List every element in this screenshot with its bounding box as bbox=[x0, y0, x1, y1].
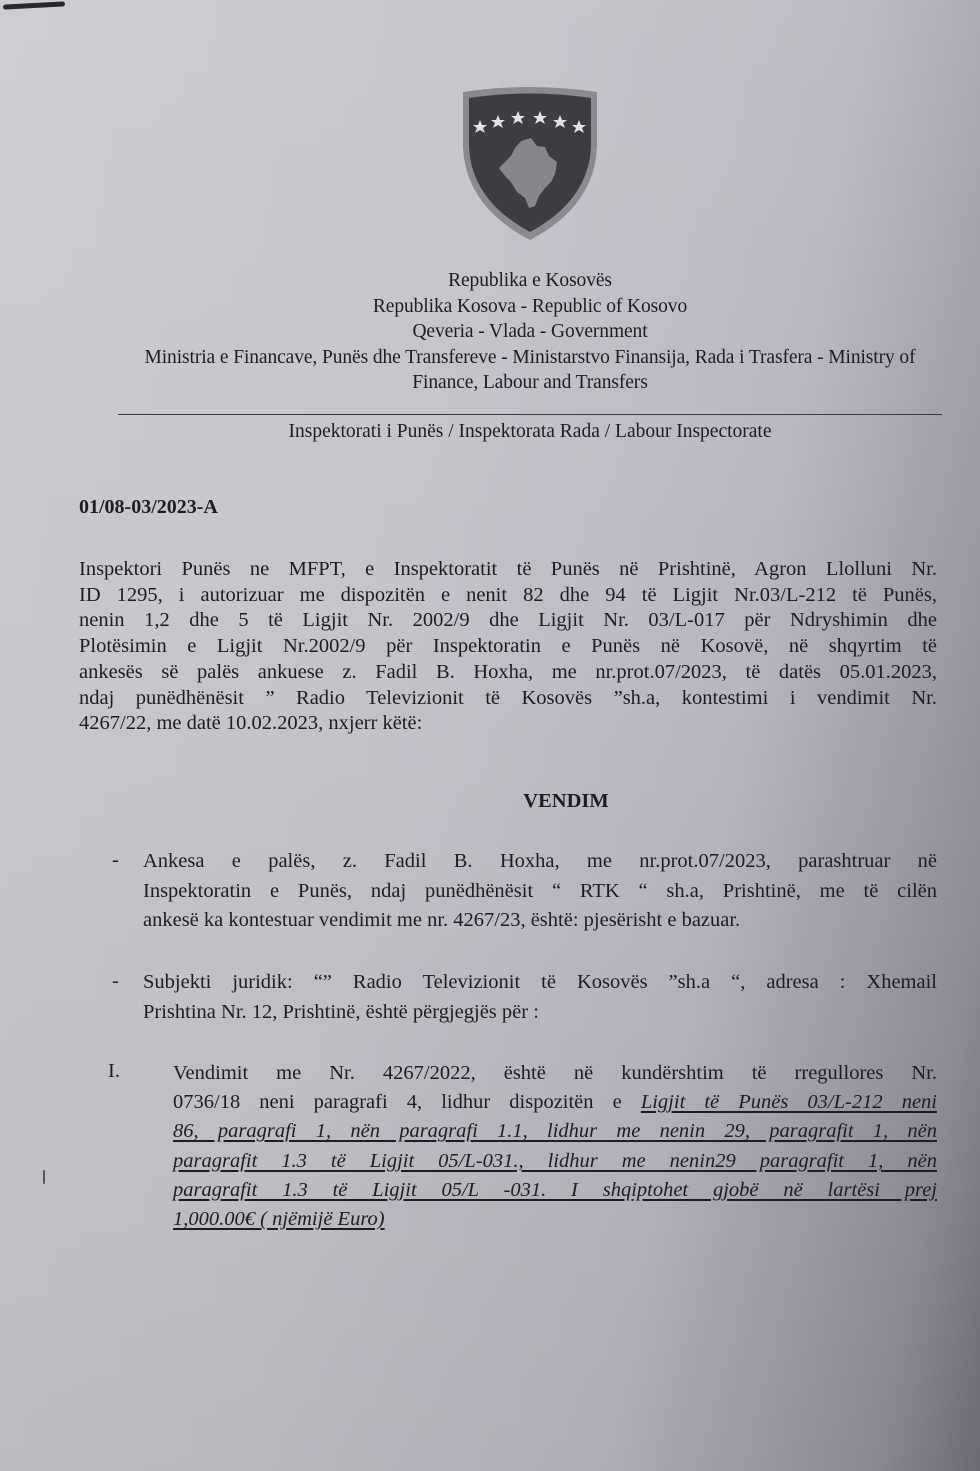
decision-item-1: Vendimit me Nr. 4267/2022, është në kund… bbox=[173, 1059, 937, 1234]
intro-line: Plotësimin e Ligjit Nr.2002/9 për Inspek… bbox=[79, 634, 937, 660]
header-line-republic-multilingual: Republika Kosova - Republic of Kosovo bbox=[80, 294, 980, 320]
header-divider bbox=[118, 414, 942, 415]
bullet-marker: - bbox=[112, 849, 119, 872]
bullet-line: ankesë ka kontestuar vendimit me nr. 426… bbox=[143, 906, 937, 936]
fine-amount: 1,000.00€ ( njëmijë Euro) bbox=[173, 1205, 937, 1234]
intro-line: ankesës së palës ankuese z. Fadil B. Hox… bbox=[79, 660, 937, 686]
bullet-line: Prishtina Nr. 12, Prishtinë, është përgj… bbox=[143, 998, 937, 1028]
legal-reference: Ligjit të Punës 03/L-212 neni bbox=[641, 1091, 937, 1113]
intro-paragraph: Inspektori Punës ne MFPT, e Inspektorati… bbox=[79, 557, 937, 737]
bullet-line: Ankesa e palës, z. Fadil B. Hoxha, me nr… bbox=[143, 847, 937, 877]
intro-line: ndaj punëdhënësit ” Radio Televizionit t… bbox=[79, 686, 937, 712]
kosovo-coat-of-arms-icon bbox=[459, 84, 601, 242]
item-line-plain: 0736/18 neni paragrafi 4, lidhur dispozi… bbox=[173, 1091, 641, 1113]
bullet-line: Subjekti juridik: “” Radio Televizionit … bbox=[143, 968, 937, 998]
document-header: Republika e Kosovës Republika Kosova - R… bbox=[80, 268, 980, 396]
bullet-line: Inspektoratin e Punës, ndaj punëdhënësit… bbox=[143, 877, 937, 907]
reference-number: 01/08-03/2023-A bbox=[79, 496, 218, 519]
bullet-marker: - bbox=[112, 970, 119, 993]
header-line-ministry: Ministria e Financave, Punës dhe Transfe… bbox=[80, 345, 980, 371]
inspectorate-name: Inspektorati i Punës / Inspektorata Rada… bbox=[118, 421, 942, 443]
intro-line: 4267/22, me datë 10.02.2023, nxjerr këtë… bbox=[79, 711, 937, 737]
intro-line: ID 1295, i autorizuar me dispozitën e ne… bbox=[79, 583, 937, 609]
item-marker: I. bbox=[108, 1060, 120, 1083]
item-line: Vendimit me Nr. 4267/2022, është në kund… bbox=[173, 1059, 937, 1088]
bullet-legal-entity: Subjekti juridik: “” Radio Televizionit … bbox=[143, 968, 937, 1027]
legal-reference: paragrafit 1.3 të Ligjit 05/L-031., lidh… bbox=[173, 1147, 937, 1176]
bullet-complaint: Ankesa e palës, z. Fadil B. Hoxha, me nr… bbox=[143, 847, 937, 936]
item-line: 0736/18 neni paragrafi 4, lidhur dispozi… bbox=[173, 1088, 937, 1117]
intro-line: Inspektori Punës ne MFPT, e Inspektorati… bbox=[79, 557, 937, 583]
margin-mark bbox=[43, 1170, 45, 1184]
decision-title: VENDIM bbox=[0, 790, 980, 813]
intro-line: nenin 1,2 dhe 5 të Ligjit Nr. 2002/9 dhe… bbox=[79, 608, 937, 634]
header-line-government: Qeveria - Vlada - Government bbox=[80, 319, 980, 345]
header-line-republic: Republika e Kosovës bbox=[80, 268, 980, 294]
pen-mark bbox=[3, 1, 65, 9]
legal-reference: 86, paragrafi 1, nën paragrafi 1.1, lidh… bbox=[173, 1117, 937, 1146]
legal-reference: paragrafit 1.3 të Ligjit 05/L -031. I sh… bbox=[173, 1176, 937, 1205]
header-line-ministry-cont: Finance, Labour and Transfers bbox=[80, 370, 980, 396]
